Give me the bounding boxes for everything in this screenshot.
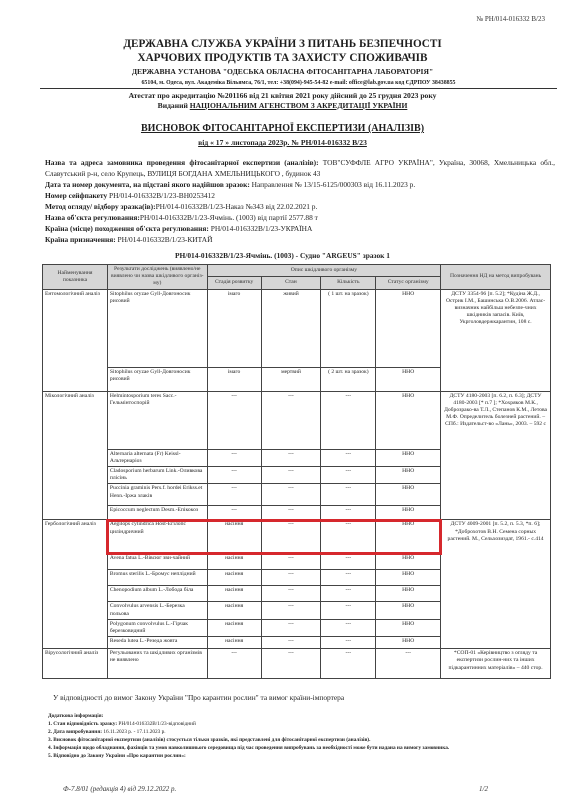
institution-address: 65104, м. Одеса, вул. Академіка Вільямса… (40, 80, 557, 89)
status-cell: ННО (376, 637, 441, 649)
method-cell: ДСТУ 3354-96 [п. 5.2]; *Кудіна Ж.Д., Ост… (441, 289, 551, 391)
status-cell: ННО (376, 367, 441, 391)
header-description: Опис шкідливого організму (207, 265, 440, 277)
result-cell: Регульованих та шкідливих організмів не … (107, 649, 207, 679)
stage-cell: насіння (207, 637, 261, 649)
quantity-cell: --- (321, 586, 376, 602)
result-cell: Epicoccum neglectum Desm.-Епікокоз (107, 506, 207, 520)
status-cell: ННО (376, 570, 441, 586)
issuer-name: НАЦІОНАЛЬНИМ АГЕНСТВОМ З АКРЕДИТАЦІЇ УКР… (190, 101, 408, 110)
quantity-cell: --- (321, 554, 376, 570)
stage-cell: насіння (207, 602, 261, 619)
result-cell: Helmintosporium teres Sacc.-Гельмінтоспо… (107, 391, 207, 449)
status-cell: ННО (376, 619, 441, 636)
status-cell: ННО (376, 467, 441, 484)
state-cell: --- (261, 570, 321, 586)
stage-cell: --- (207, 506, 261, 520)
accreditation-attestat: Атестат про акредитацію №201166 від 21 к… (0, 91, 565, 101)
status-cell: ННО (376, 506, 441, 520)
header-quantity: Кількість (321, 277, 376, 289)
header-method: Позначення НД на метод випробувань (441, 265, 551, 290)
result-cell: Convolvulus arvensis L.-Березка польова (107, 602, 207, 619)
result-cell: Avena fatua L.-Вівсюг зви-чайний (107, 554, 207, 570)
highlight-box (106, 519, 441, 555)
state-cell: --- (261, 554, 321, 570)
destination-field: Країна призначення: РН/014-016332В/1/23-… (45, 234, 555, 245)
indicator-cell: Герболoгічний аналіз (43, 520, 108, 649)
method-field: Метод огляду/ відбору зразка(ів):РН/014-… (45, 201, 555, 212)
stage-cell: --- (207, 649, 261, 679)
state-cell: --- (261, 637, 321, 649)
quantity-cell: ( 2 шт. на зразок) (321, 367, 376, 391)
state-cell: --- (261, 467, 321, 484)
table-row: Ентомологічний аналізSitophilus oryzae G… (43, 289, 551, 367)
result-cell: Sitophilus oryzae Gyll-Довгоносик рисови… (107, 289, 207, 367)
method-cell: ДСТУ 4180-2003 [п. 6.2, п. 6.3]; ДСТУ 41… (441, 391, 551, 520)
quantity-cell: --- (321, 602, 376, 619)
additional-info-item: 3. Висновок фітосанітарної експертизи (а… (48, 736, 558, 744)
safepack-field: Номер сейфпакету РН/014-016332В/1/23-ВН0… (45, 190, 555, 201)
state-cell: --- (261, 391, 321, 449)
quantity-cell: --- (321, 619, 376, 636)
state-cell: --- (261, 602, 321, 619)
document-field: Дата та номер документа, на підставі яко… (45, 179, 555, 190)
result-cell: Puccinia graminis Pers.f. hordei Erikss.… (107, 484, 207, 506)
additional-info-item: 1. Стан відповідність зразку: РН/014-016… (48, 720, 558, 728)
status-cell: ННО (376, 449, 441, 466)
status-cell: ННО (376, 484, 441, 506)
stage-cell: насіння (207, 570, 261, 586)
result-cell: Reseda lutea L.-Резеда жовта (107, 637, 207, 649)
state-cell: --- (261, 619, 321, 636)
quantity-cell: ( 1 шт. на зразок) (321, 289, 376, 367)
stage-cell: насіння (207, 586, 261, 602)
status-cell: ННО (376, 602, 441, 619)
agency-name-line2: ХАРЧОВИХ ПРОДУКТІВ ТА ЗАХИСТУ СПОЖИВАЧІВ (0, 52, 565, 65)
indicator-cell: Вірусологічний аналіз (43, 649, 108, 679)
accreditation-issuer: Виданий НАЦІОНАЛЬНИМ АГЕНСТВОМ З АКРЕДИТ… (0, 101, 565, 111)
quantity-cell: --- (321, 570, 376, 586)
state-cell: живий (261, 289, 321, 367)
table-row: Вірусологічний аналізРегульованих та шкі… (43, 649, 551, 679)
header-stage: Стадія розвитку (207, 277, 261, 289)
state-cell: мертвий (261, 367, 321, 391)
additional-info: Додаткова інформація: 1. Стан відповідні… (48, 712, 558, 760)
customer-field: Назва та адреса замовника проведення фіт… (45, 157, 555, 179)
stage-cell: --- (207, 484, 261, 506)
page-number: 1/2 (479, 785, 488, 793)
quantity-cell: --- (321, 467, 376, 484)
header-state: Стан (261, 277, 321, 289)
state-cell: --- (261, 649, 321, 679)
status-cell: ННО (376, 554, 441, 570)
form-reference: Ф-7.8/01 (редакція 4) від 29.12.2022 р. (63, 785, 176, 793)
quantity-cell: --- (321, 637, 376, 649)
state-cell: --- (261, 449, 321, 466)
stage-cell: імаго (207, 367, 261, 391)
result-cell: Bromus sterilis L.-Бромус неплідний (107, 570, 207, 586)
method-cell: *СОП-01 «Керівництво з огляду та експерт… (441, 649, 551, 679)
additional-info-item: 5. Відповідно до Закону України «Про кар… (48, 752, 558, 760)
results-table: Найменування показника Результати дослід… (42, 264, 551, 679)
table-row: Мікологічний аналізHelmintosporium teres… (43, 391, 551, 449)
quantity-cell: --- (321, 649, 376, 679)
status-cell: ННО (376, 586, 441, 602)
indicator-cell: Мікологічний аналіз (43, 391, 108, 520)
result-cell: Alternaria alternata (Fr) Keissl-Альтерн… (107, 449, 207, 466)
additional-info-list: 1. Стан відповідність зразку: РН/014-016… (48, 720, 558, 760)
institution-name: ДЕРЖАВНА УСТАНОВА "ОДЕСЬКА ОБЛАСНА ФІТОС… (0, 67, 565, 76)
state-cell: --- (261, 586, 321, 602)
agency-name-line1: ДЕРЖАВНА СЛУЖБА УКРАЇНИ З ПИТАНЬ БЕЗПЕЧН… (0, 38, 565, 51)
additional-info-item: 4. Інформація щодо обладнання, фахівців … (48, 744, 558, 752)
state-cell: --- (261, 484, 321, 506)
law-statement: У відповідності до вимог Закону України … (53, 693, 344, 702)
header-results: Результати досліджень (виявлено/не виявл… (107, 265, 207, 290)
stage-cell: насіння (207, 619, 261, 636)
stage-cell: насіння (207, 554, 261, 570)
stage-cell: --- (207, 467, 261, 484)
object-field: Назва об'єкта регулювання:РН/014-016332В… (45, 212, 555, 223)
result-cell: Sitophilus oryzae Gyll-Довгоносик рисови… (107, 367, 207, 391)
stage-cell: --- (207, 391, 261, 449)
origin-field: Країна (місце) походження об'єкта регулю… (45, 223, 555, 234)
quantity-cell: --- (321, 391, 376, 449)
result-cell: Cladosporium herbarum Link.-Оливкова плі… (107, 467, 207, 484)
issued-prefix: Виданий (158, 101, 190, 110)
info-block: Назва та адреса замовника проведення фіт… (45, 157, 555, 245)
quantity-cell: --- (321, 449, 376, 466)
status-cell: --- (376, 649, 441, 679)
result-cell: Chenopodium album L.-Лобода біла (107, 586, 207, 602)
document-number: № РН/014-016332 В/23 (476, 15, 545, 23)
state-cell: --- (261, 506, 321, 520)
result-cell: Polygonum convolvulus L.-Гірчак березков… (107, 619, 207, 636)
header-indicator: Найменування показника (43, 265, 108, 290)
conclusion-subtitle: від « 17 » листопада 2023р. № РН/014-016… (0, 138, 565, 147)
additional-info-item: 2. Дата випробування: 16.11.2023 р. - 17… (48, 728, 558, 736)
method-cell: ДСТУ 4009-2001 [п. 5.2, п. 5.3, *п. 6]; … (441, 520, 551, 649)
sample-title: РН/014-016332В/1/23-Ячмінь. (1003) - Суд… (0, 251, 565, 260)
conclusion-title: ВИСНОВОК ФІТОСАНІТАРНОЇ ЕКСПЕРТИЗИ (АНАЛ… (0, 123, 565, 134)
status-cell: ННО (376, 391, 441, 449)
indicator-cell: Ентомологічний аналіз (43, 289, 108, 391)
stage-cell: імаго (207, 289, 261, 367)
quantity-cell: --- (321, 484, 376, 506)
status-cell: ННО (376, 289, 441, 367)
quantity-cell: --- (321, 506, 376, 520)
results-table-body: Ентомологічний аналізSitophilus oryzae G… (43, 289, 551, 679)
stage-cell: --- (207, 449, 261, 466)
additional-info-title: Додаткова інформація: (48, 712, 558, 720)
header-status: Статус організму (376, 277, 441, 289)
